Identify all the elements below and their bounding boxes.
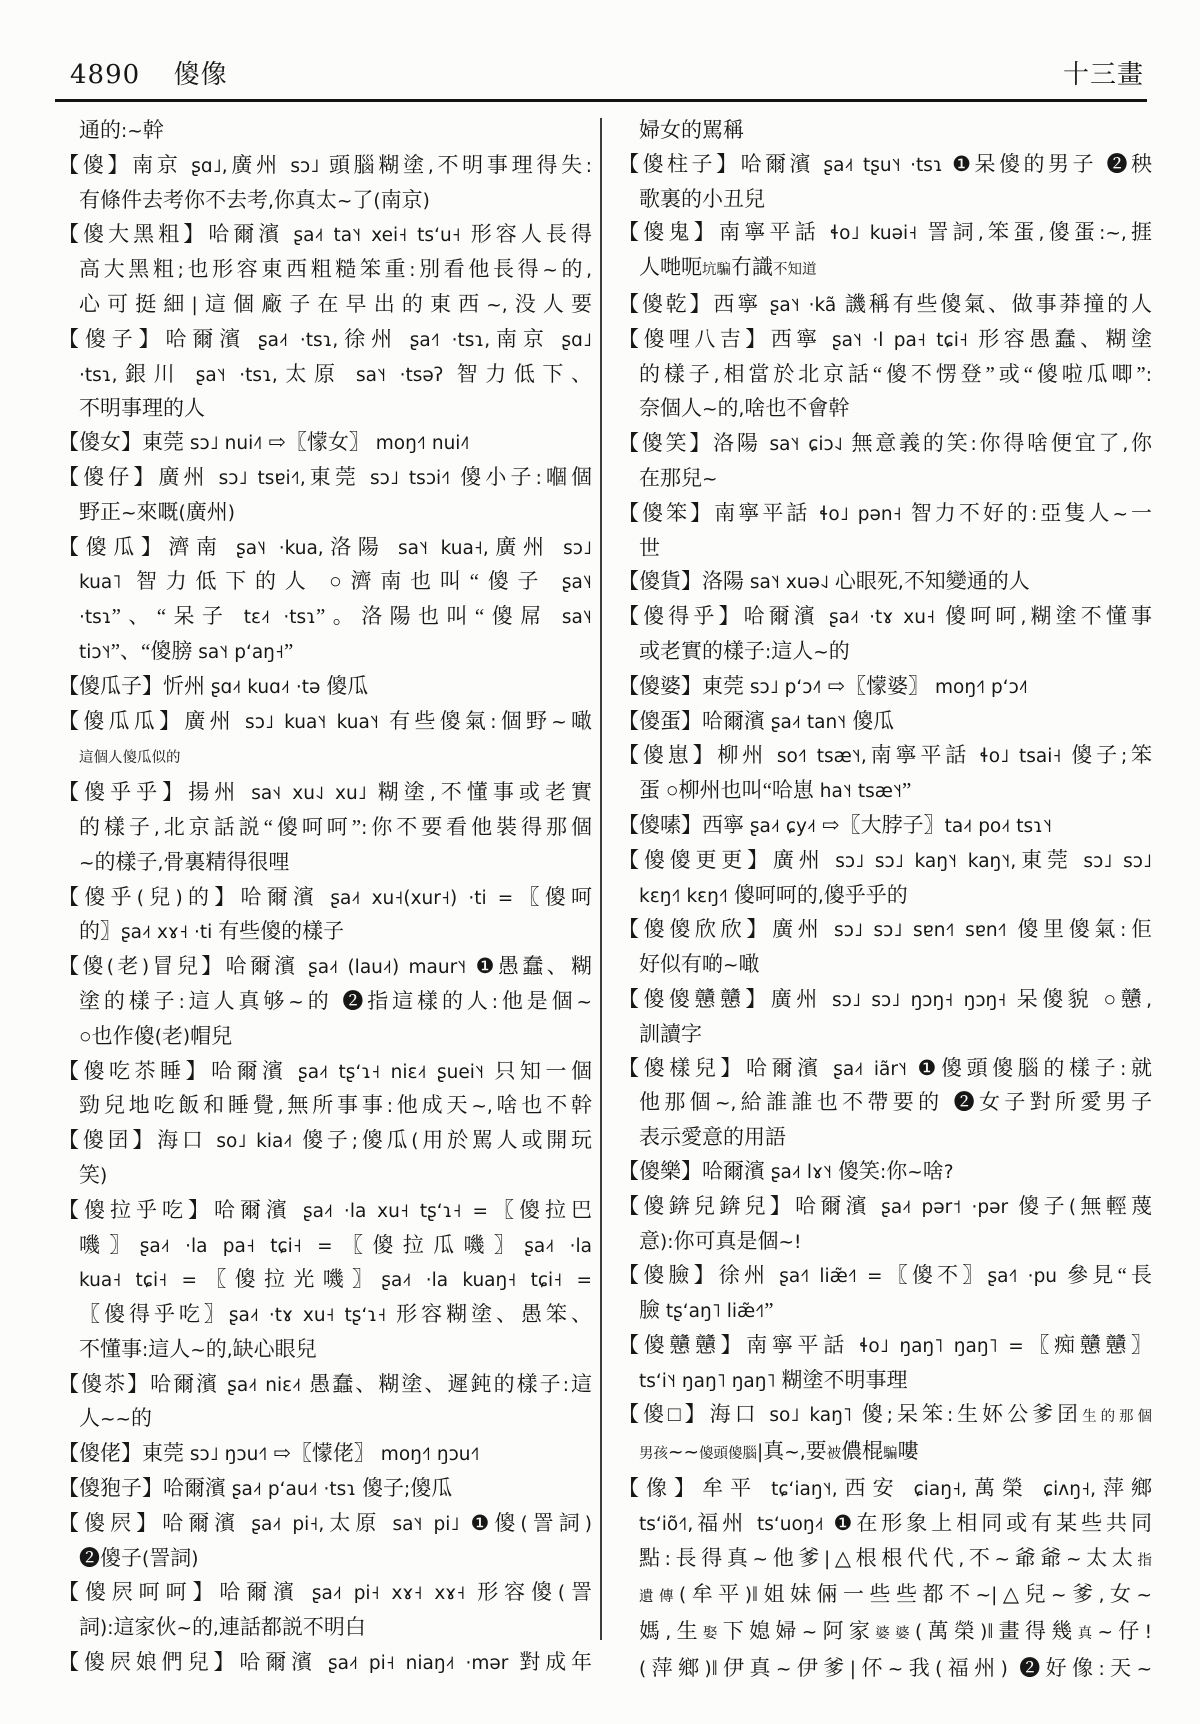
entry-text: 幹 xyxy=(143,118,164,142)
entry-text: 【傻瓜子】忻州 xyxy=(58,674,205,698)
phonetic-text: ~ xyxy=(1051,1585,1067,1606)
entry-text: 爺爺 xyxy=(1010,1546,1066,1570)
entry-text: 傻瓜 xyxy=(410,1476,452,1500)
entry-text: ❶傻頭傻腦的樣子 xyxy=(918,1056,1121,1080)
entry-text: 【傻婆】東莞 xyxy=(618,674,744,698)
entry-line: 【傻吃苶睡】哈爾濱 ʂa˨˦ tʂʻɿ˧ niɛ˨˦ ʂuei˥˧ 只知一個 xyxy=(58,1055,592,1090)
entry-text: 呆傻貌 xyxy=(1017,987,1093,1011)
entry-line: 【傻婆】東莞 sɔ˩ pʻɔ˨˥ ⇨〖懞婆〗 moŋ˧˥ pʻɔ˨˥ xyxy=(618,670,1152,705)
entry-text: 人哋呃 xyxy=(639,255,702,279)
entry-text: 形容糊塗、愚笨、 xyxy=(396,1302,592,1326)
phonetic-text: ~ xyxy=(288,992,304,1013)
entry-text: 【傻吃苶睡】哈爾濱 xyxy=(58,1059,288,1083)
entry-line: tiɔ˥˧”、“傻膀 sa˥˧ pʻaŋ˧” xyxy=(58,635,592,670)
phonetic-text: ( xyxy=(155,1027,162,1048)
entry-text: 表示愛意的用語 xyxy=(639,1125,786,1149)
phonetic-text: ! xyxy=(1145,1622,1152,1643)
dictionary-entry: 【傻得乎】哈爾濱 ʂa˨˦ ·tɤ xu˧ 傻呵呵,糊塗不懂事或老實的樣子:這人… xyxy=(618,600,1152,670)
entry-line: 的樣子,相當於北京話“傻不愣登”或“傻啦瓜唧”: xyxy=(618,358,1152,393)
entry-text: 心可挺細 xyxy=(79,292,192,316)
entry-text: 【傻□】海口 xyxy=(618,1402,760,1426)
guide-word: 傻像 xyxy=(174,60,228,89)
phonetic-text: ( xyxy=(179,503,186,524)
phonetic-text: ~ xyxy=(802,1622,818,1643)
entry-text: 〖傻拉光嘰〗 xyxy=(197,1267,381,1291)
entry-text: ‖姐妹倆一些些都不 xyxy=(752,1582,976,1606)
phonetic-text: ~, xyxy=(784,1442,805,1463)
entry-text: 有條件去考你不去考 xyxy=(79,188,268,212)
entry-text: 用於駡人或開玩 xyxy=(419,1128,593,1152)
entry-text: 啥也不幹 xyxy=(493,1093,592,1117)
phonetic-text: ~| xyxy=(976,1585,998,1606)
entry-text: 無所事事 xyxy=(284,1093,387,1117)
entry-text: 好似有啲 xyxy=(639,952,723,976)
entry-text: 有些傻的樣子 xyxy=(218,919,344,943)
entry-text: 伊爹 xyxy=(791,1656,849,1680)
phonetic-text: ) xyxy=(705,1659,712,1680)
phonetic-text: ʂa˨˦ tʂʻɿ˧ niɛ˨˦ ʂuei˥˧ xyxy=(288,1062,495,1083)
dictionary-entry: 【傻笨】南寧平話 ɬo˩ pən˧ 智力不好的:亞隻人~一世 xyxy=(618,497,1152,566)
entry-text: 傻笑 xyxy=(838,1159,880,1183)
entry-text: 東莞 xyxy=(306,465,360,489)
entry-text: 〖痴戇戇〗 xyxy=(1024,1333,1152,1357)
entry-text: ❷女子對所愛男子 xyxy=(954,1090,1152,1114)
phonetic-text: ʂa˨˦ ·la kuaŋ˧ tɕi˧ = xyxy=(381,1270,592,1291)
entry-text: 塗的樣子 xyxy=(79,989,179,1013)
dictionary-entry: 【傻女】東莞 sɔ˩ nui˨˥ ⇨〖懞女〗 moŋ˧˥ nui˨˥ xyxy=(58,426,592,461)
entry-text: 【像】牟平 xyxy=(618,1476,758,1500)
entry-text: 媽 xyxy=(639,1619,665,1643)
phonetic-text: sɔ˩ pʻɔ˨˥ xyxy=(744,677,827,698)
entry-text: 〖傻呵 xyxy=(513,885,592,909)
entry-text: 奈個人 xyxy=(639,396,702,420)
phonetic-text: ʂɑ˨˦ kuɑ˨˦ ·tə xyxy=(205,677,326,698)
phonetic-text: ~ xyxy=(995,1549,1011,1570)
entry-text: 缺心眼兒 xyxy=(233,1337,317,1361)
phonetic-text: ʂa˨˦ ta˥˧ xei˧ tsʻu˧ xyxy=(284,225,471,246)
phonetic-text: ): xyxy=(100,1618,113,1639)
entry-text: 臉 xyxy=(639,1298,660,1322)
phonetic-text: so˩ kia˨˦ xyxy=(207,1131,302,1152)
entry-line: 意):你可真是個~! xyxy=(618,1225,1152,1260)
section-label: 十三畫 xyxy=(1063,54,1144,91)
phonetic-text: tɛ˨˦ ·tsɿ xyxy=(230,607,316,628)
entry-line: 【傻苶】哈爾濱 ʂa˨˦ niɛ˨˦ 愚蠢、糊塗、遲鈍的樣子:這 xyxy=(58,1368,592,1403)
entry-text: 形容人長得 xyxy=(471,222,592,246)
entry-text: 智力低下的人 xyxy=(136,569,315,593)
entry-line: 臉 tʂʻaŋ˥ liæ̃˧˥” xyxy=(618,1294,1152,1329)
entry-text: 糊塗不懂事 xyxy=(1026,604,1152,628)
phonetic-text: ʂa˨˦ pi˧ xɤ˧ xɤ˧ xyxy=(300,1583,477,1604)
entry-line: 【傻屄】哈爾濱 ʂa˨˦ pi˧,太原 sa˥˧ pi˩ ❶傻(詈詞) xyxy=(58,1507,592,1542)
entry-line: 【傻哩八吉】西寧 ʂa˥˧ ·l pa˧ tɕi˧ 形容愚蠢、糊塗 xyxy=(618,323,1152,358)
entry-line: 【傻樣兒】哈爾濱 ʂa˨˦ iãr˥˧ ❶傻頭傻腦的樣子:就 xyxy=(618,1052,1152,1087)
phonetic-text: ~ xyxy=(907,1162,923,1183)
dictionary-entry: 【傻傻欣欣】廣州 sɔ˩ sɔ˩ sɐn˧˥ sɐn˧˥ 傻里傻氣:佢好似有啲~… xyxy=(618,913,1152,983)
entry-text: 【傻屄】哈爾濱 xyxy=(58,1511,240,1535)
phonetic-text: ~, xyxy=(471,1096,492,1117)
entry-text: 智力不好的 xyxy=(911,501,1031,525)
page-number: 4890 xyxy=(70,60,140,90)
dictionary-entry: 【傻傻戇戇】廣州 sɔ˩ sɔ˩ ŋɔŋ˧ ŋɔŋ˧ 呆傻貌 ○戇,訓讀字 xyxy=(618,983,1152,1052)
entry-line: 勁兒地吃飯和睡覺,無所事事:他成天~,啥也不幹 xyxy=(58,1089,592,1124)
entry-text: 的 xyxy=(558,257,586,281)
entry-text: 福州 xyxy=(942,1656,1000,1680)
entry-line: 點:長得真~他爹|△根根代代,不~爺爺~太太指 xyxy=(618,1542,1152,1579)
entry-text: 詞 xyxy=(79,1615,100,1639)
entry-text: 東莞 xyxy=(1016,848,1072,872)
entry-text: 【傻囝】海口 xyxy=(58,1128,207,1152)
entry-line: 【傻瓜瓜】廣州 sɔ˩ kua˥˧ kua˥˧ 有些傻氣:個野~噉 xyxy=(58,705,592,740)
phonetic-text: ( xyxy=(137,888,144,909)
entry-line: ~的樣子,骨裏精得很哩 xyxy=(58,846,592,881)
phonetic-text: ʂa˨˦ ɕy˨˦ xyxy=(744,816,822,837)
phonetic-text: ʂa˨˦ ·la pa˧ tɕi˧ = xyxy=(140,1236,333,1257)
entry-text: 亞隻人 xyxy=(1037,501,1112,525)
phonetic-text: ʂa˨˦ pər˦ ·pər xyxy=(871,1197,1018,1218)
entry-text: 洛陽 xyxy=(324,535,386,559)
entry-text: 的樣子 xyxy=(639,362,714,386)
gloss-small-text: 這個人傻瓜似的 xyxy=(79,750,181,766)
phonetic-text: ~ xyxy=(121,503,137,524)
entry-text: 傻呵呵 xyxy=(945,604,1020,628)
phonetic-text: tsʻuoŋ˨˦ xyxy=(747,1514,833,1535)
entry-text: 嘍 xyxy=(898,1439,919,1463)
entry-text: 銀川 xyxy=(117,362,182,386)
entry-text: 骨裏精得很哩 xyxy=(163,850,289,874)
entry-text: ⇨〖懞婆〗 xyxy=(827,674,929,698)
entry-text: 的 xyxy=(206,1337,227,1361)
entry-text: 笨 xyxy=(1127,743,1152,767)
entry-text: ○也作傻 xyxy=(79,1024,155,1048)
entry-line: 【傻瓜】濟南 ʂa˥˨ ·kua,洛陽 sa˥˧ kua˧,廣州 sɔ˩ xyxy=(58,531,592,566)
entry-text: 糊塗 xyxy=(378,780,430,804)
phonetic-text: ~ xyxy=(1137,1659,1153,1680)
entry-text: 嘰〗 xyxy=(79,1233,140,1257)
entry-text: 〖傻拉巴 xyxy=(488,1198,592,1222)
phonetic-text: ʂa˧˥ ·pu xyxy=(988,1266,1068,1287)
phonetic-text: ~ xyxy=(702,399,718,420)
dictionary-entry: 【傻(老)冒兒】哈爾濱 ʂa˨˦ (lau˨˦) maur˥˧ ❶愚蠢、糊塗的樣… xyxy=(58,950,592,1054)
phonetic-text: tsʻi˥˧ ŋaŋ˥ ŋaŋ˥ xyxy=(639,1371,782,1392)
entry-line: kua˧ tɕi˧ =〖傻拉光嘰〗ʂa˨˦ ·la kuaŋ˧ tɕi˧ = xyxy=(58,1263,592,1298)
entry-line: 【傻(老)冒兒】哈爾濱 ʂa˨˦ (lau˨˦) maur˥˧ ❶愚蠢、糊 xyxy=(58,950,592,985)
phonetic-text: ·tsɿ, xyxy=(79,365,117,386)
entry-text: 詈 xyxy=(565,1580,592,1604)
header-left: 4890 傻像 xyxy=(70,54,228,91)
entry-text: 啥也不會幹 xyxy=(744,396,849,420)
entry-text: △根根代代 xyxy=(830,1546,958,1570)
phonetic-text: ~ xyxy=(1137,1585,1153,1606)
entry-text: 只知一個 xyxy=(494,1059,592,1083)
entry-line: 【傻臉】徐州 ʂa˧˥ liæ̃˧˥ =〖傻不〗ʂa˧˥ ·pu 參見“長 xyxy=(618,1259,1152,1294)
entry-line: kua˥ 智力低下的人 ○濟南也叫“傻子 ʂa˥˨ xyxy=(58,565,592,600)
phonetic-text: ʂa˨˦ (lau˨˦) maur˥˧ xyxy=(299,957,476,978)
entry-text: 這家伙 xyxy=(113,1615,176,1639)
entry-line: (萍鄉)‖伊真~伊爹|伓~我(福州) ❷好像:天~ xyxy=(618,1652,1152,1687)
entry-line: 不明事理的人 xyxy=(58,392,592,426)
phonetic-text: kua˥ xyxy=(79,572,136,593)
phonetic-text: sɔ˩ tsɔi˧˥ xyxy=(360,468,460,489)
entry-text: 〖傻拉瓜嘰〗 xyxy=(333,1233,525,1257)
entry-line: 歌裏的小丑兒 xyxy=(618,183,1152,217)
dictionary-page: 4890 傻像 十三畫 通的:~幹【傻】南京 ʂɑ˩,廣州 sɔ˩ 頭腦糊塗,不… xyxy=(0,0,1200,1724)
entry-text: 捱 xyxy=(1127,220,1152,244)
phonetic-text: ~ xyxy=(1066,1549,1082,1570)
phonetic-text: ~ xyxy=(813,642,829,663)
entry-text: 南寧平話 xyxy=(867,743,970,767)
phonetic-text: moŋ˧˥ pʻɔ˨˥ xyxy=(929,677,1028,698)
entry-text: 萍鄉 xyxy=(1096,1476,1152,1500)
entry-line: 【傻□】海口 so˩ kaŋ˥ 傻;呆笨:生妚公爹囝生的那個 xyxy=(618,1398,1152,1435)
entry-text: 婦女的駡稱 xyxy=(639,118,744,142)
entry-text: 要 xyxy=(806,1439,827,1463)
entry-line: 【傻鬼】南寧平話 ɬo˩ kuəi˧ 詈詞,笨蛋,傻蛋:~,捱 xyxy=(618,216,1152,251)
dictionary-entry: 【傻蛋】哈爾濱 ʂa˨˦ tan˥˧ 傻瓜 xyxy=(618,705,1152,740)
entry-text: 意 xyxy=(639,1229,660,1253)
phonetic-text: sɔ˩ kua˥˧ kua˥˧ xyxy=(235,712,389,733)
entry-line: 的樣子,北京話説“傻呵呵”:你不要看他裝得那個 xyxy=(58,811,592,846)
entry-text: 【傻得乎】哈爾濱 xyxy=(618,604,819,628)
phonetic-text: sɔ˩ xyxy=(281,156,329,177)
entry-line: 訓讀字 xyxy=(618,1018,1152,1052)
entry-text: ❶呆傻的男子 xyxy=(952,152,1097,176)
dictionary-entry: 【傻嗉】西寧 ʂa˨˦ ɕy˨˦ ⇨〖大脖子〗ta˨˦ po˨˦ tsɿ˥˧ xyxy=(618,809,1152,844)
entry-text: 世 xyxy=(639,536,660,560)
phonetic-text: ~, xyxy=(715,1093,736,1114)
phonetic-text: ʂa˨˦ ·la xu˧ tʂʻɿ˧ = xyxy=(292,1201,488,1222)
phonetic-text: sɔ˩ sɔ˩ sɐn˧˥ sɐn˧˥ xyxy=(823,920,1017,941)
phonetic-text: , xyxy=(586,260,592,281)
entry-text: 訓讀字 xyxy=(639,1022,702,1046)
entry-text: 啥 xyxy=(923,1159,944,1183)
entry-text: 下媳婦 xyxy=(723,1619,802,1643)
entry-text: 他爹 xyxy=(768,1546,824,1570)
dictionary-entry: 【傻哩八吉】西寧 ʂa˥˧ ·l pa˧ tɕi˧ 形容愚蠢、糊塗的樣子,相當於… xyxy=(618,323,1152,427)
dictionary-entry: 【傻乾】西寧 ʂa˥˧ ·kã 譏稱有些傻氣、做事莽撞的人 xyxy=(618,288,1152,323)
entry-line: 【傻拉乎吃】哈爾濱 ʂa˨˦ ·la xu˧ tʂʻɿ˧ =〖傻拉巴 xyxy=(58,1194,592,1229)
entry-text: ” xyxy=(902,778,911,802)
phonetic-text: ~ xyxy=(176,1618,192,1639)
entry-line: kɛŋ˧˥ kɛŋ˧˥ 傻呵呵的,傻乎乎的 xyxy=(618,879,1152,914)
entry-line: 【傻笑】洛陽 sa˥˧ ɕiɔ˨˩ 無意義的笑:你得啥便宜了,你 xyxy=(618,427,1152,462)
dictionary-entry: 【傻乎乎】揚州 sa˦˨ xu˨˩ xu˩ 糊塗,不懂事或老實的樣子,北京話説“… xyxy=(58,776,592,880)
gloss-small-text: 指 xyxy=(1138,1553,1153,1569)
entry-text: ❷傻子 xyxy=(79,1546,142,1570)
dictionary-entry: 【傻臉】徐州 ʂa˧˥ liæ̃˧˥ =〖傻不〗ʂa˧˥ ·pu 參見“長臉 t… xyxy=(618,1259,1152,1329)
phonetic-text: ) xyxy=(423,191,430,212)
entry-text: 他是個 xyxy=(498,989,577,1013)
gloss-small-text: 不知道 xyxy=(773,262,817,278)
entry-text: ”、“傻膀 xyxy=(111,639,193,663)
entry-line: 【傻嗉】西寧 ʂa˨˦ ɕy˨˦ ⇨〖大脖子〗ta˨˦ po˨˦ tsɿ˥˧ xyxy=(618,809,1152,844)
phonetic-text: ~, xyxy=(486,295,507,316)
entry-text: 參見“長 xyxy=(1067,1263,1152,1287)
entry-text: ”、“呆子 xyxy=(112,604,231,628)
dictionary-entry: 【傻大黑粗】哈爾濱 ʂa˨˦ ta˥˧ xei˧ tsʻu˧ 形容人長得高大黑粗… xyxy=(58,218,592,322)
entry-text: 形容愚蠢、糊塗 xyxy=(978,327,1152,351)
entry-text: 【傻狍子】哈爾濱 xyxy=(58,1476,226,1500)
entry-line: 好似有啲~噉 xyxy=(618,948,1152,983)
phonetic-text: ha˥˧ tsæ˥˧ xyxy=(814,781,902,802)
entry-line: 【傻錛兒錛兒】哈爾濱 ʂa˨˦ pər˦ ·pər 傻子(無輕蔑 xyxy=(618,1190,1152,1225)
entry-text: 嗰個 xyxy=(542,465,592,489)
entry-text: 一 xyxy=(1128,501,1152,525)
entry-text: ❶愚蠢、糊 xyxy=(476,954,592,978)
entry-text: 無意義的笑 xyxy=(852,431,971,455)
entry-text: 女 xyxy=(1104,1582,1136,1606)
entry-text: 不知變通的人 xyxy=(904,569,1030,593)
entry-text: 老 xyxy=(162,1024,183,1048)
entry-text: 這人 xyxy=(771,639,813,663)
phonetic-text: ) xyxy=(1001,1659,1020,1680)
column-divider xyxy=(600,118,602,1640)
entry-text: 傻瓜 xyxy=(358,1128,411,1152)
phonetic-text: sa˥˧ pi˩ xyxy=(382,1514,471,1535)
phonetic-text: : xyxy=(586,156,592,177)
phonetic-text: ʂa˨˦ xɤ˧ ·ti xyxy=(121,922,218,943)
entry-line: 【傻瓜子】忻州 ʂɑ˨˦ kuɑ˨˦ ·tə 傻瓜 xyxy=(58,670,592,705)
phonetic-text: ʂa˨˦ tan˥˧ xyxy=(765,712,852,733)
phonetic-text: ʂa˨˦ niɛ˨˦ xyxy=(219,1375,309,1396)
entry-text: 西安 xyxy=(838,1476,901,1500)
entry-text: 笑 xyxy=(79,1163,100,1187)
entry-line: ○也作傻(老)帽兒 xyxy=(58,1020,592,1055)
entry-text: 形容傻 xyxy=(477,1580,558,1604)
dictionary-entry: 【傻戇戇】南寧平話 ɬo˩ ŋaŋ˥ ŋaŋ˥ =〖痴戇戇〗tsʻi˥˧ ŋaŋ… xyxy=(618,1329,1152,1399)
entry-text: 你不要看他裝得那個 xyxy=(367,815,592,839)
entry-text: 不明事理的人 xyxy=(79,396,205,420)
phonetic-text: ~ xyxy=(542,260,558,281)
entry-text: 天 xyxy=(1105,1656,1137,1680)
entry-line: 【傻屄娘們兒】哈爾濱 ʂa˨˦ pi˧ niaŋ˨˦ ·mər 對成年 xyxy=(58,1646,592,1681)
entry-line: 【傻仔】廣州 sɔ˩ tsɐi˧˥,東莞 sɔ˩ tsɔi˧˥ 傻小子:嗰個 xyxy=(58,461,592,496)
entry-text: 【傻子】哈爾濱 xyxy=(58,327,246,351)
phonetic-text: ~ xyxy=(888,1659,904,1680)
entry-text: 【傻錛兒錛兒】哈爾濱 xyxy=(618,1194,871,1218)
entry-text: 【傻笑】洛陽 xyxy=(618,431,761,455)
entry-line: 不懂事:這人~的,缺心眼兒 xyxy=(58,1333,592,1368)
entry-line: 通的:~幹 xyxy=(58,114,592,149)
entry-text: 連話都説不明白 xyxy=(219,1615,366,1639)
dictionary-entry: 【傻拉乎吃】哈爾濱 ʂa˨˦ ·la xu˧ tʂʻɿ˧ =〖傻拉巴嘰〗ʂa˨˦… xyxy=(58,1194,592,1368)
entry-text: 智力低下、 xyxy=(457,362,592,386)
entry-text: 太原 xyxy=(324,1511,381,1535)
phonetic-text: ~ xyxy=(753,1549,769,1570)
entry-text: 不明事理得失 xyxy=(434,153,586,177)
entry-text: 冇識 xyxy=(731,255,773,279)
entry-text: ❷秧 xyxy=(1107,152,1153,176)
entry-text: 他成天 xyxy=(393,1093,471,1117)
entry-line: ·tsɿ,銀川 ʂa˥˧ ·tsɿ,太原 sa˥˧ ·tsəʔ 智力低下、 xyxy=(58,358,592,393)
phonetic-text: ): xyxy=(660,1232,673,1253)
entry-line: 【傻女】東莞 sɔ˩ nui˨˥ ⇨〖懞女〗 moŋ˧˥ nui˨˥ xyxy=(58,426,592,461)
entry-line: 人哋呃坑騙冇識不知道 xyxy=(618,251,1152,288)
entry-text: 伓 xyxy=(856,1656,888,1680)
entry-text: 真 xyxy=(763,1439,784,1463)
entry-line: 【傻傻更更】廣州 sɔ˩ sɔ˩ kaŋ˥˧ kaŋ˥˧,東莞 sɔ˩ sɔ˩ xyxy=(618,844,1152,879)
phonetic-text: ~~ xyxy=(100,1409,131,1430)
entry-line: 【傻狍子】哈爾濱 ʂa˨˦ pʻau˨˦ ·tsɿ 傻子;傻瓜 xyxy=(58,1472,592,1507)
entry-text: ❶在形象上相同或有某些共同 xyxy=(834,1511,1152,1535)
entry-line: 【傻崽】柳州 so˧˥ tsæ˥˧,南寧平話 ɬo˩ tsai˧ 傻子;笨 xyxy=(618,739,1152,774)
entry-text: 蛋 xyxy=(639,778,660,802)
entry-text: 傻瓜 xyxy=(326,674,368,698)
phonetic-text: ~ xyxy=(190,1340,206,1361)
gloss-small-text: 婆婆 xyxy=(875,1626,915,1642)
phonetic-text: ) xyxy=(585,1514,592,1535)
entry-text: 【傻哩八吉】西寧 xyxy=(618,327,822,351)
gloss-small-text: 男孩 xyxy=(639,1446,668,1462)
entry-text: ❷指這樣的人 xyxy=(342,989,491,1013)
phonetic-text: sa˥˧ kua˧, xyxy=(386,538,489,559)
entry-text: 【傻傻更更】廣州 xyxy=(618,848,825,872)
entry-line: 【傻屄呵呵】哈爾濱 ʂa˨˦ pi˧ xɤ˧ xɤ˧ 形容傻(詈 xyxy=(58,1576,592,1611)
phonetic-text: ~ xyxy=(577,992,593,1013)
phonetic-text: ɬo˩ ŋaŋ˥ ŋaŋ˥ = xyxy=(849,1336,1024,1357)
entry-text: 傻子 xyxy=(1018,1194,1069,1218)
entry-text: △兒 xyxy=(997,1582,1051,1606)
entry-text: 福州 xyxy=(693,1511,747,1535)
entry-line: 【傻戇戇】南寧平話 ɬo˩ ŋaŋ˥ ŋaŋ˥ =〖痴戇戇〗 xyxy=(618,1329,1152,1364)
dictionary-entry: 【傻子】哈爾濱 ʂa˨˦ ·tsɿ,徐州 ʂa˧˥ ·tsɿ,南京 ʂɑ˩·ts… xyxy=(58,323,592,426)
entry-text: 的 xyxy=(829,639,850,663)
phonetic-text: ʂa˨˦ pi˧ niaŋ˨˦ ·mər xyxy=(317,1653,519,1674)
entry-text: 的〗 xyxy=(79,919,121,943)
entry-text: 傻瓜 xyxy=(852,709,894,733)
entry-text: 【傻崽】柳州 xyxy=(618,743,767,767)
entry-text: 傻小子 xyxy=(460,465,535,489)
entry-text: 廣州 xyxy=(228,153,281,177)
phonetic-text: ʂɑ˩, xyxy=(182,156,228,177)
phonetic-text: ~ xyxy=(79,853,95,874)
entry-line: 【傻大黑粗】哈爾濱 ʂa˨˦ ta˥˧ xei˧ tsʻu˧ 形容人長得 xyxy=(58,218,592,253)
entry-text: 在那兒 xyxy=(639,466,702,490)
entry-text: 生妚公爹囝 xyxy=(953,1402,1082,1426)
phonetic-text: so˩ kaŋ˥ xyxy=(760,1405,862,1426)
phonetic-text: ~! xyxy=(778,1232,801,1253)
entry-line: 他那個~,給誰誰也不帶要的 ❷女子對所愛男子 xyxy=(618,1086,1152,1121)
entry-text: 【傻乎乎】揚州 xyxy=(58,780,240,804)
entry-text: 阿家 xyxy=(817,1619,875,1643)
phonetic-text: ~ xyxy=(776,1659,792,1680)
entry-text: 高大黑粗 xyxy=(79,257,178,281)
entry-text: 【傻柱子】哈爾濱 xyxy=(618,152,814,176)
phonetic-text: :~, xyxy=(1099,223,1127,244)
entry-text: 笨蛋 xyxy=(984,220,1039,244)
entry-text: 廣州 xyxy=(489,535,551,559)
entry-line: ·tsɿ”、“呆子 tɛ˨˦ ·tsɿ”。洛陽也叫“傻屌 sa˥˨ xyxy=(58,600,592,635)
phonetic-text xyxy=(315,572,330,593)
entry-text: 不懂事 xyxy=(79,1337,142,1361)
entry-text: 我 xyxy=(903,1656,935,1680)
entry-line: 有條件去考你不去考,你真太~了(南京) xyxy=(58,184,592,219)
entry-text: 的樣子 xyxy=(95,850,158,874)
dictionary-entry: 【傻崽】柳州 so˧˥ tsæ˥˧,南寧平話 ɬo˩ tsai˧ 傻子;笨蛋 ○… xyxy=(618,739,1152,809)
left-column: 通的:~幹【傻】南京 ʂɑ˩,廣州 sɔ˩ 頭腦糊塗,不明事理得失:有條件去考你… xyxy=(58,114,592,1681)
entry-text: 這人真够 xyxy=(185,989,288,1013)
entry-text: 冒兒】哈爾濱 xyxy=(149,954,299,978)
entry-text: 頭腦糊塗 xyxy=(329,153,428,177)
entry-text: ○柳州也叫“哈崽 xyxy=(666,778,814,802)
phonetic-text: ɕiʌŋ˧, xyxy=(1030,1479,1096,1500)
entry-line: 婦女的駡稱 xyxy=(618,114,1152,148)
entry-text: 的】哈爾濱 xyxy=(183,885,320,909)
entry-text: ⇨〖大脖子〗 xyxy=(822,813,945,837)
entry-text: 的 xyxy=(304,989,333,1013)
phonetic-text: ( xyxy=(373,191,380,212)
phonetic-text: ʂa˥˧ ·l pa˧ tɕi˧ xyxy=(822,330,979,351)
